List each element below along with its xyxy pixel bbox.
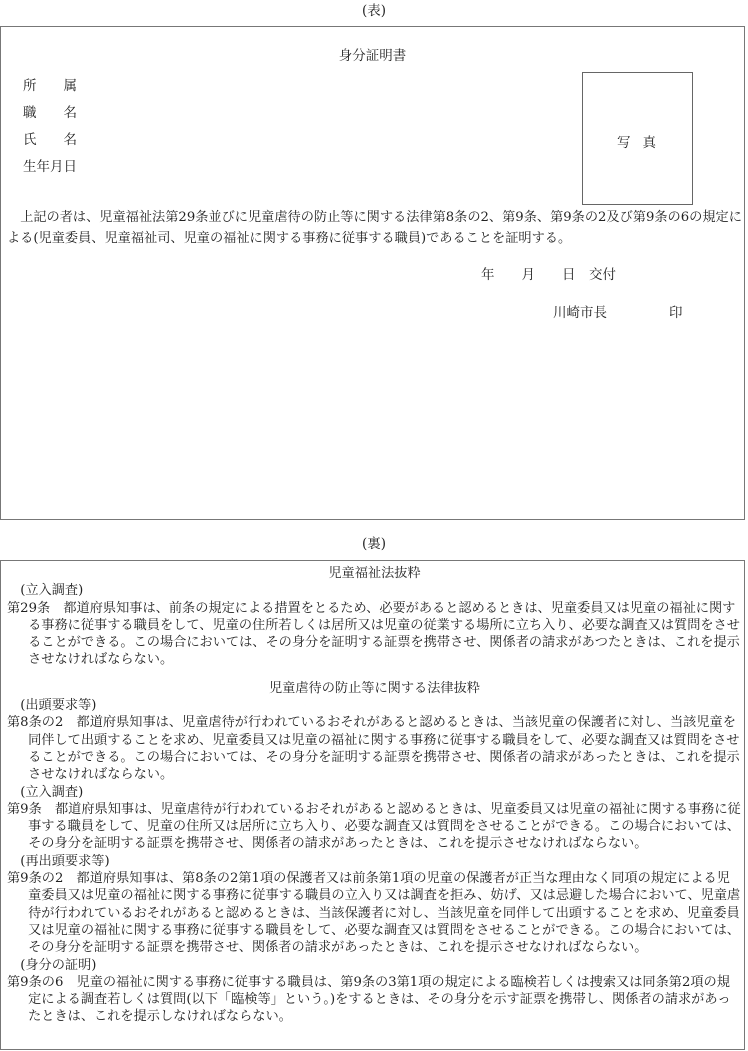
article-text: 第8条の2 都道府県知事は、児童虐待が行われているおそれがあると認めるときは、当…	[7, 714, 742, 783]
photo-box: 写真	[582, 72, 693, 205]
article-caption: (出頭要求等)	[7, 697, 742, 714]
id-card-back: 児童福祉法抜粋 (立入調査) 第29条 都道府県知事は、前条の規定による措置をと…	[0, 560, 745, 1050]
article-text: 第9条の2 都道府県知事は、第8条の2第1項の保護者又は前条第1項の児童の保護者…	[7, 870, 742, 956]
article-caption: (再出頭要求等)	[7, 853, 742, 870]
section-title: 児童虐待の防止等に関する法律抜粋	[7, 680, 742, 697]
article-text: 第9条の6 児童の福祉に関する事務に従事する職員は、第9条の3第1項の規定による…	[7, 974, 742, 1026]
section-child-abuse-prevention-act: 児童虐待の防止等に関する法律抜粋 (出頭要求等) 第8条の2 都道府県知事は、児…	[7, 680, 742, 1026]
photo-label: 写真	[583, 131, 692, 151]
issuer: 川崎市長	[553, 301, 607, 321]
field-label-name: 氏 名	[23, 128, 77, 148]
back-side-label: (裏)	[0, 532, 748, 552]
field-label-birthdate: 生年月日	[23, 155, 77, 175]
article-caption: (立入調査)	[7, 582, 742, 599]
front-side-label: (表)	[0, 0, 748, 19]
field-label-affiliation: 所 属	[23, 74, 77, 94]
id-card-front: 身分証明書 所 属 職 名 氏 名 生年月日 写真 上記の者は、児童福祉法第29…	[0, 26, 745, 520]
article-caption: (立入調査)	[7, 784, 742, 801]
seal-mark: 印	[669, 301, 683, 321]
article-caption: (身分の証明)	[7, 957, 742, 974]
section-title: 児童福祉法抜粋	[7, 565, 742, 582]
issue-date: 年 月 日 交付	[481, 263, 616, 283]
certification-text: 上記の者は、児童福祉法第29条並びに児童虐待の防止等に関する法律第8条の2、第9…	[7, 207, 743, 249]
document-title: 身分証明書	[1, 44, 744, 64]
section-child-welfare-act: 児童福祉法抜粋 (立入調査) 第29条 都道府県知事は、前条の規定による措置をと…	[7, 565, 742, 669]
article-text: 第9条 都道府県知事は、児童虐待が行われているおそれがあると認めるときは、児童委…	[7, 801, 742, 853]
article-text: 第29条 都道府県知事は、前条の規定による措置をとるため、必要があると認めるとき…	[7, 600, 742, 669]
field-label-position: 職 名	[23, 101, 77, 121]
